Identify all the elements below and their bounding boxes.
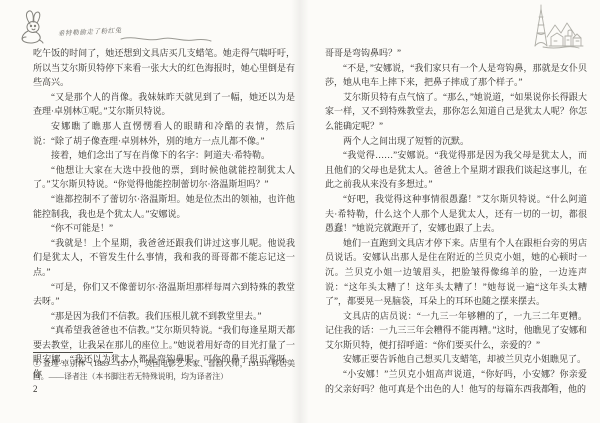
paragraph: “不是，”安娜说，“我们家只有一个人是弯钩鼻，那就是女仆贝莎，她从电车上摔下来，… <box>325 61 587 90</box>
paragraph: 哥哥是弯钩鼻吗？” <box>325 46 587 61</box>
left-page-text: 吃午饭的时间了，她还想到文具店买几支蜡笔。她走得气喘吁吁，所以当艾尔斯贝特停下来… <box>33 46 295 382</box>
paragraph: “我觉得……”安娜说。“我觉得那是因为我父母是犹太人，而且他们的父母也是犹太人。… <box>325 148 587 192</box>
running-title: 希特勒偷走了粉红兔 <box>58 25 122 37</box>
paragraph: 艾尔斯贝特有点气恼了。“那么，”她说道，“如果说你长得跟大家一样，又不到特殊教堂… <box>325 90 587 134</box>
paragraph: 她们一直跑到文具店才停下来。店里有个人在跟柜台旁的男店员说话。安娜认出那人是住在… <box>325 236 587 309</box>
footnote: ① 查理·卓别林（1889—1977），英国电影艺术家、喜剧大师，1913年移居… <box>33 358 295 383</box>
header-squiggle-line <box>120 34 212 44</box>
page-number-left: 2 <box>33 384 38 394</box>
paragraph: “又是那个人的肖像。我妹妹昨天就见到了一幅，她还以为是查理·卓别林①呢。”艾尔斯… <box>33 90 295 119</box>
paragraph: “小安娜！”兰贝克小姐高声说道，“你好吗，小安娜？你亲爱的父亲好吗？他可真是个出… <box>325 367 587 396</box>
paragraph: “他想让大家在大选中投他的票，到时候他就能控制犹太人了。”艾尔斯贝特说。“你觉得… <box>33 163 295 192</box>
book-scan-spread: 希特勒偷走了粉红兔 吃午饭的时间了，她还想到文具店买几支蜡笔。她走得气喘吁吁，所… <box>0 0 600 423</box>
footnote-separator <box>33 352 113 353</box>
paragraph: 吃午饭的时间了，她还想到文具店买几支蜡笔。她走得气喘吁吁，所以当艾尔斯贝特停下来… <box>33 46 295 90</box>
paragraph: “你不可能是！” <box>33 221 295 236</box>
paragraph: 文具店的店员说：“一九三一年够糟的了，一九三二年更糟。记住我的话：一九三三年会糟… <box>325 309 587 353</box>
paragraph: “好吧，我觉得这种事情很愚蠢！”艾尔斯贝特说。“什么阿道夫·希特勒，什么这个人那… <box>325 192 587 236</box>
left-page: 希特勒偷走了粉红兔 吃午饭的时间了，她还想到文具店买几支蜡笔。她走得气喘吁吁，所… <box>0 0 300 423</box>
right-page: 哥哥是弯钩鼻吗？”“不是，”安娜说，“我们家只有一个人是弯钩鼻，那就是女仆贝莎，… <box>300 0 600 423</box>
paragraph: “那是因为我们不信教。我们压根儿就不到教堂里去。” <box>33 309 295 324</box>
right-page-text: 哥哥是弯钩鼻吗？”“不是，”安娜说，“我们家只有一个人是弯钩鼻，那就是女仆贝莎，… <box>325 46 587 396</box>
rabbit-icon <box>16 10 54 44</box>
paragraph: 接着，她们念出了写在肖像下的名字：阿道夫·希特勒。 <box>33 148 295 163</box>
paragraph: “我就是！上个星期，我爸爸还跟我们讲过这事儿呢。他说我们是犹太人，不管发生什么事… <box>33 236 295 280</box>
paragraph: 安娜正要告诉他自己想买几支蜡笔，却被兰贝克小姐瞧见了。 <box>325 352 587 367</box>
paragraph: 安娜瞧了瞧那人直愣愣看人的眼睛和冷酷的表情，然后说：“除了胡子像查理·卓别林外，… <box>33 119 295 148</box>
paragraph: “谁都控制不了蕾切尔·洛温斯坦。她是位杰出的领袖，也许他能控制我，我也是个犹太人… <box>33 192 295 221</box>
page-number-right: 3 <box>549 382 554 392</box>
paragraph: “可是，你们又不像蕾切尔·洛温斯坦那样每周六到特殊的教堂去呀。” <box>33 280 295 309</box>
paragraph: 两个人之间出现了短暂的沉默。 <box>325 134 587 149</box>
paris-landmarks-icon <box>513 3 585 49</box>
left-running-header: 希特勒偷走了粉红兔 <box>16 10 236 48</box>
